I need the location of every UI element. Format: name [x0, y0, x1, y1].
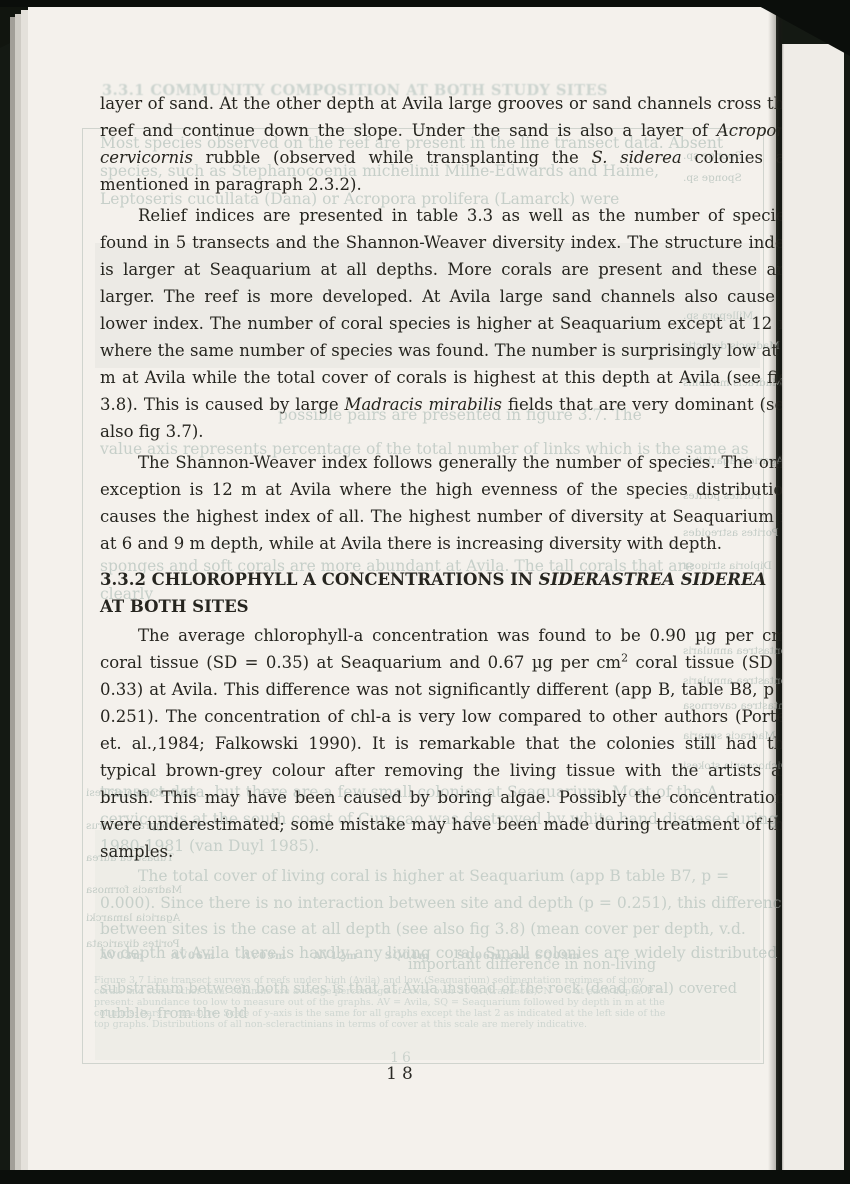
- heading-text: AT BOTH SITES: [100, 597, 249, 616]
- species-name-italic: Madracis mirabilis: [345, 395, 502, 414]
- paragraph-text: Relief indices are presented in table 3.…: [100, 206, 794, 414]
- ghost-species-label: Porites divaricata: [86, 938, 180, 950]
- paragraph-text: rubble (observed while transplanting the: [193, 148, 592, 167]
- scanner-background-bottom: [0, 1170, 850, 1184]
- paragraph-sand-layer: layer of sand. At the other depth at Avi…: [100, 90, 794, 198]
- ghost-text-line: The total cover of living coral is highe…: [138, 867, 794, 885]
- scanner-background-top: [0, 0, 850, 7]
- paragraph-text: layer of sand. At the other depth at Avi…: [100, 94, 794, 140]
- species-name-bold-italic: SIDERASTREA SIDEREA: [539, 570, 767, 589]
- page-number: 18: [28, 1064, 776, 1084]
- section-heading-332: 3.3.2 CHLOROPHYLL A CONCENTRATIONS IN SI…: [100, 566, 794, 620]
- ghost-text-line: between sites is the case at all depth (…: [100, 920, 794, 938]
- ghost-caption-line: columns: bars = measure. Scale of y-axis…: [94, 1008, 764, 1019]
- ghost-caption-line: Figure 3.7 Line transect surveys of reef…: [94, 975, 764, 986]
- heading-text: 3.3.2 CHLOROPHYLL A CONCENTRATIONS IN: [100, 570, 539, 589]
- species-name-italic: S. siderea: [592, 148, 682, 167]
- paragraph-chlorophyll: The average chlorophyll-a concentration …: [100, 622, 794, 865]
- ghost-axis-label-row: AV03m AV06m AV09m AV12m SQ04m SQ06m and …: [100, 951, 760, 962]
- ghost-species-label: Agaricia lamarcki: [86, 912, 180, 924]
- paragraph-text: coral tissue (SD = 0.35) at Seaquarium a…: [100, 653, 621, 672]
- paragraph-text: coral tissue (SD = 0.33) at Avila. This …: [100, 653, 794, 861]
- paragraph-shannon-weaver: The Shannon-Weaver index follows general…: [100, 449, 794, 557]
- ghost-caption-line: present: abundance too low to measure ou…: [94, 997, 764, 1008]
- ghost-text-line: 0.000). Since there is no interaction be…: [100, 894, 794, 912]
- paragraph-text: The average chlorophyll-a concentration …: [138, 626, 787, 645]
- paragraph-relief-indices: Relief indices are presented in table 3.…: [100, 202, 794, 445]
- scanned-page: 3.3.1 COMMUNITY COMPOSITION AT BOTH STUD…: [28, 6, 776, 1170]
- ghost-species-label: Madracis formosa: [86, 884, 182, 896]
- page-gutter-shadow: [768, 6, 784, 1170]
- ghost-caption-line: top graphs. Distributions of all non-scl…: [94, 1019, 764, 1030]
- adjacent-page-edge: [782, 44, 844, 1170]
- ghost-caption-line: corals and some other taxa: columns are …: [94, 986, 764, 997]
- body-text-column: layer of sand. At the other depth at Avi…: [100, 90, 794, 869]
